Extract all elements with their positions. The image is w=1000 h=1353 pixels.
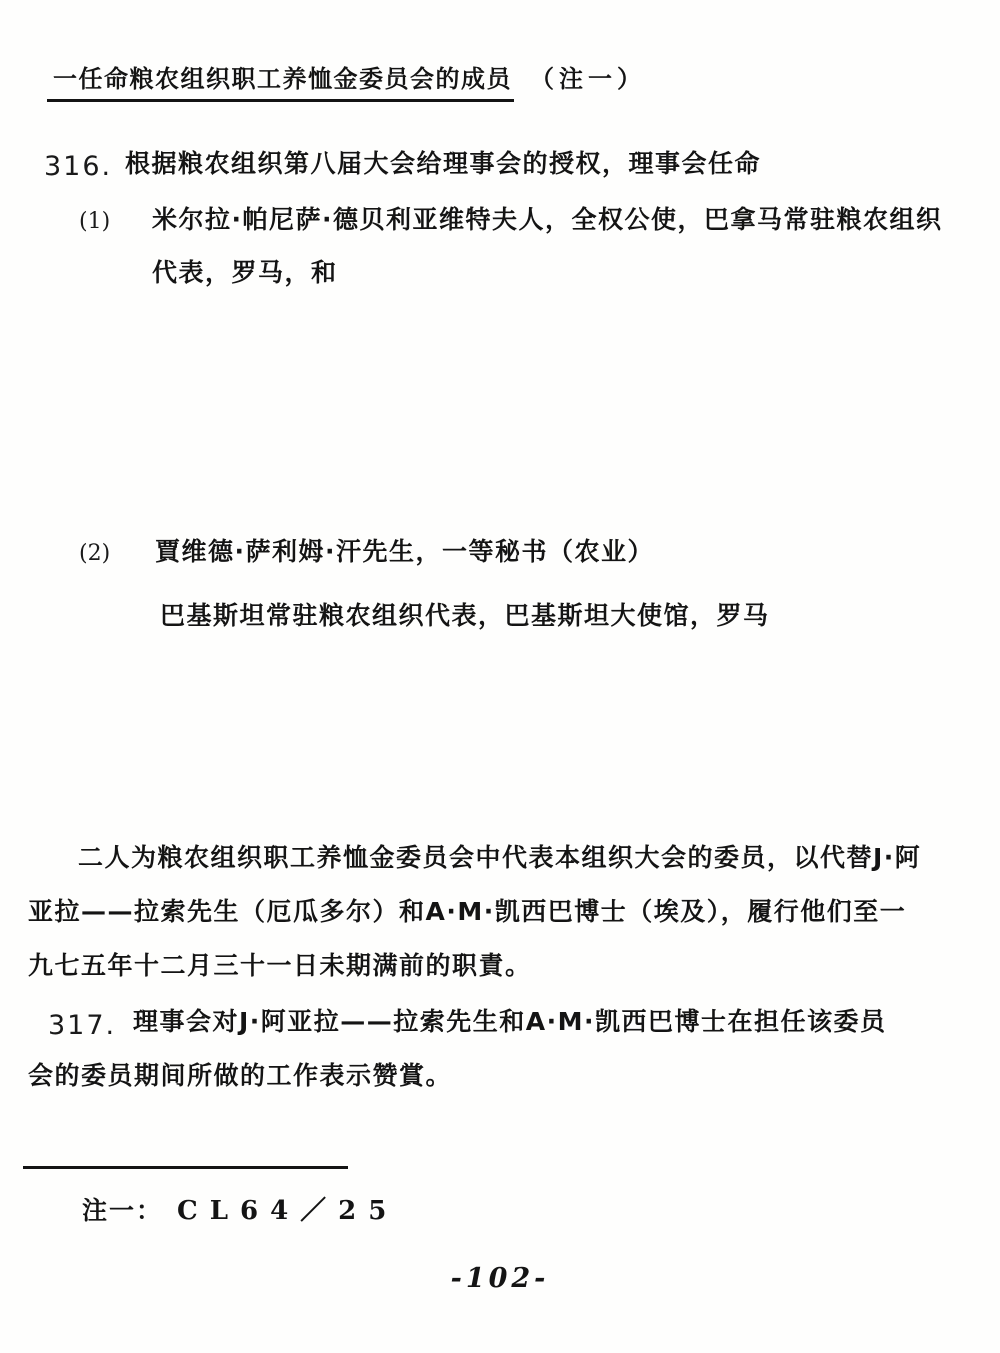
body-paragraph-line-3: 九七五年十二月三十一日未期满前的职責。	[28, 950, 532, 981]
page-number: -102-	[0, 1263, 1000, 1294]
paragraph-317-line-2: 会的委员期间所做的工作表示赞賞。	[28, 1060, 452, 1091]
paragraph-316-text: 根据粮农组织第八届大会给理事会的授权，理事会任命	[125, 148, 761, 179]
paragraph-317-line-1: 理事会对J·阿亚拉——拉索先生和A·M·凯西巴博士在担任该委员	[133, 1006, 887, 1037]
footnote-divider-rule	[23, 1166, 348, 1169]
body-paragraph-line-2: 亚拉——拉索先生（厄瓜多尔）和A·M·凯西巴博士（埃及），履行他们至一	[28, 896, 906, 927]
item-1-marker: (1)	[79, 208, 110, 236]
section-heading-title: 一任命粮农组织职工养恤金委员会的成员	[47, 64, 514, 102]
item-1-line-2: 代表，罗马，和	[152, 257, 338, 288]
item-2-line-2: 巴基斯坦常驻粮农组织代表，巴基斯坦大使馆，罗马	[160, 600, 770, 631]
footnote: 注一：CL64／25	[82, 1195, 398, 1228]
paragraph-316-number: 316.	[44, 150, 112, 184]
body-paragraph-line-1: 二人为粮农组织职工养恤金委员会中代表本组织大会的委员，以代替J·阿	[78, 842, 921, 873]
section-heading: 一任命粮农组织职工养恤金委员会的成员（注一）	[55, 64, 646, 102]
item-2-line-1: 賈维德·萨利姆·汗先生，一等秘书（农业）	[155, 536, 654, 567]
document-page: 一任命粮农组织职工养恤金委员会的成员（注一） 316. 根据粮农组织第八届大会给…	[0, 0, 1000, 1353]
section-heading-note-ref: （注一）	[530, 64, 646, 94]
item-1-line-1: 米尔拉·帕尼萨·德贝利亚维特夫人，全权公使，巴拿马常驻粮农组织	[152, 204, 943, 235]
item-2-marker: (2)	[79, 540, 110, 568]
paragraph-317-number: 317.	[48, 1009, 116, 1043]
footnote-document-code: CL64／25	[177, 1196, 398, 1226]
footnote-label: 注一：	[82, 1196, 163, 1225]
